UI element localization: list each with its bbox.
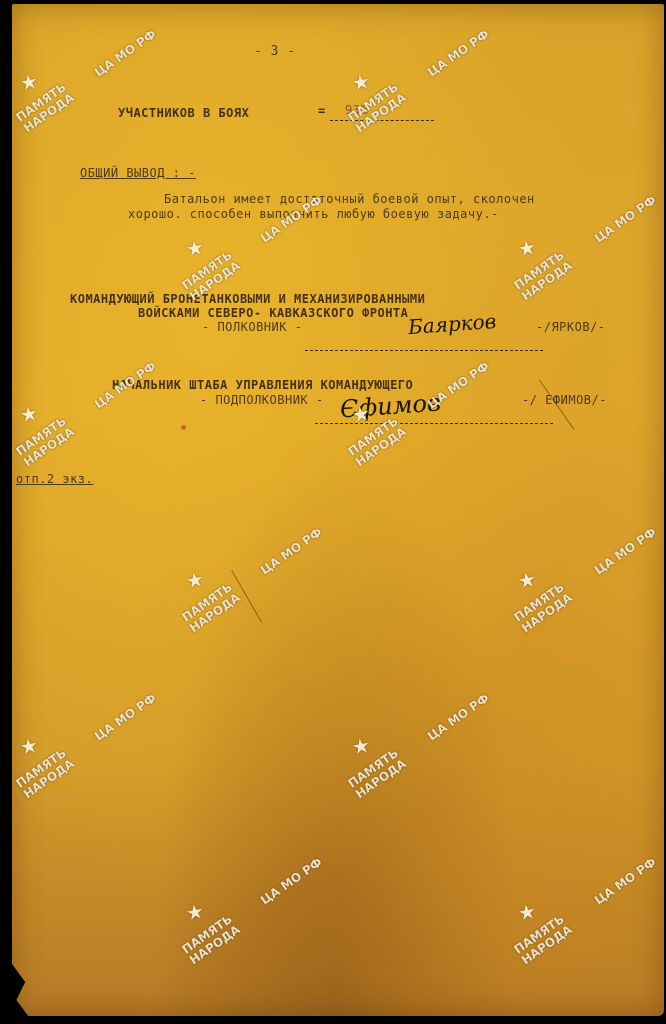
- document-page: [12, 4, 664, 1016]
- signatory2-name: -/ ЕФИМОВ/-: [522, 393, 607, 407]
- signatory2-signature-line: [315, 423, 553, 424]
- signatory1-title-line-1: КОМАНДУЮЩИЙ БРОНЕТАНКОВЫМИ И МЕХАНИЗИРОВ…: [70, 292, 425, 306]
- signatory1-signature-line: [305, 350, 543, 351]
- signatory2-title: НАЧАЛЬНИК ШТАБА УПРАВЛЕНИЯ КОМАНДУЮЩЕГО: [112, 378, 413, 392]
- red-mark: [181, 425, 186, 430]
- participants-underline: [330, 120, 434, 121]
- torn-corner: [12, 964, 34, 1024]
- signatory2-rank: - ПОДПОЛКОВНИК -: [200, 393, 324, 407]
- conclusion-heading: ОБЩИЙ ВЫВОД : -: [80, 166, 196, 180]
- signatory1-name: -/ЯРКОВ/-: [536, 320, 606, 334]
- participants-label: УЧАСТНИКОВ В БОЯХ: [118, 106, 249, 120]
- signatory1-title-line-2: ВОЙСКАМИ СЕВЕРО- КАВКАЗСКОГО ФРОНТА: [138, 306, 408, 320]
- participants-value: 93%: [345, 103, 368, 117]
- conclusion-line-2: хорошо. способен выполнить любую боевую …: [128, 207, 499, 221]
- participants-equals: =: [318, 104, 326, 118]
- page-number: - 3 -: [254, 44, 296, 59]
- copies-note: отп.2 экз.: [16, 472, 93, 486]
- conclusion-line-1: Батальон имеет достаточный боевой опыт, …: [164, 192, 535, 206]
- signatory1-rank: - ПОЛКОВНИК -: [202, 320, 302, 334]
